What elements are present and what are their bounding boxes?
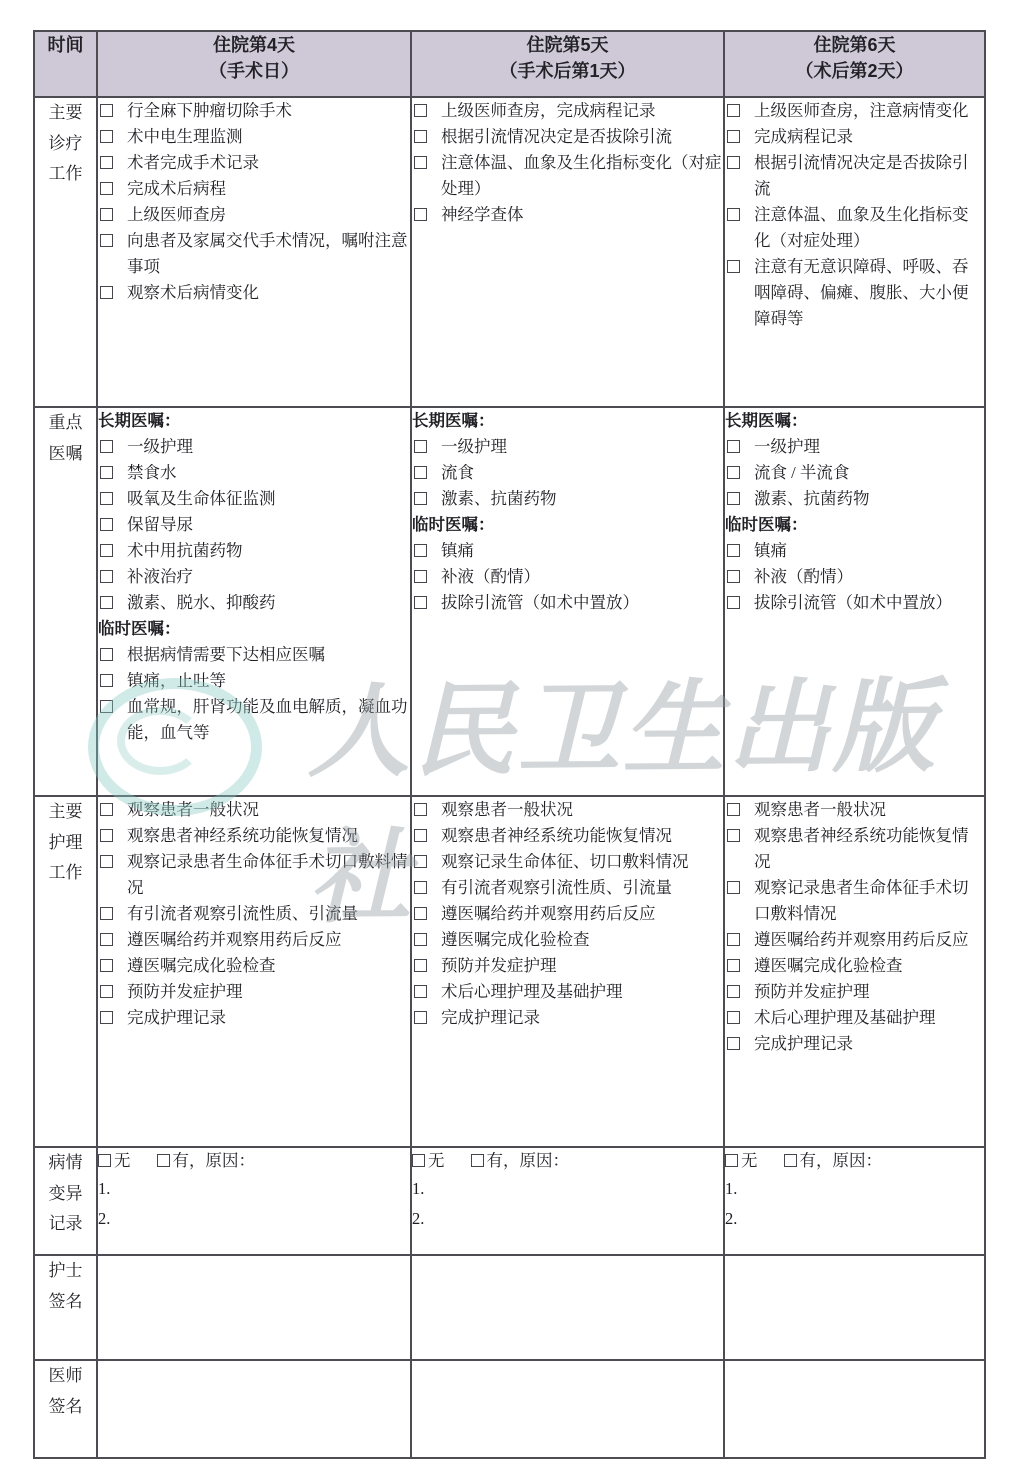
- checklist-item-label: 预防并发症护理: [441, 956, 557, 975]
- checklist-item: 血常规，肝肾功能及血电解质，凝血功能，血气等: [98, 694, 410, 746]
- checkbox-icon[interactable]: [727, 208, 740, 221]
- checkbox-icon[interactable]: [100, 1011, 113, 1024]
- checklist-item-label: 术后心理护理及基础护理: [754, 1008, 936, 1027]
- checkbox-icon[interactable]: [414, 959, 427, 972]
- checklist-item-label: 完成病程记录: [754, 127, 853, 146]
- checklist-item: 术后心理护理及基础护理: [725, 1005, 984, 1031]
- checklist-item: 镇痛: [412, 538, 723, 564]
- orders-day6-cell: 长期医嘱：一级护理流食 / 半流食激素、抗菌药物临时医嘱：镇痛补液（酌情）拔除引…: [724, 407, 985, 796]
- checklist-item: 完成护理记录: [725, 1031, 984, 1057]
- checklist-item-label: 观察患者神经系统功能恢复情况: [441, 826, 672, 845]
- checkbox-icon[interactable]: [100, 959, 113, 972]
- checklist-item: 遵医嘱完成化验检查: [725, 953, 984, 979]
- variation-row: 病情 变异 记录 无有，原因： 1. 2. 无有，原因： 1. 2. 无有，原因…: [34, 1147, 985, 1255]
- checklist-item: 激素、脱水、抑酸药: [98, 590, 410, 616]
- checklist-item-label: 术中电生理监测: [127, 127, 243, 146]
- checkbox-icon[interactable]: [414, 130, 427, 143]
- doctor-signature-day5-cell[interactable]: [411, 1360, 724, 1458]
- checklist-item: 观察患者神经系统功能恢复情况: [725, 823, 984, 875]
- checklist-item-label: 根据引流情况决定是否拔除引流: [754, 153, 969, 198]
- nurse-signature-day4-cell[interactable]: [97, 1255, 411, 1360]
- checklist-item: 完成病程记录: [725, 124, 984, 150]
- checklist-item-label: 术者完成手术记录: [127, 153, 259, 172]
- checklist-item: 观察记录生命体征、切口敷料情况: [412, 849, 723, 875]
- checklist-item-label: 行全麻下肿瘤切除手术: [127, 101, 292, 120]
- checklist-item-label: 遵医嘱给药并观察用药后反应: [127, 930, 342, 949]
- checkbox-icon[interactable]: [100, 700, 113, 713]
- checkbox-icon[interactable]: [100, 492, 113, 505]
- checklist-item: 观察记录患者生命体征手术切口敷料情况: [98, 849, 410, 901]
- orders-day6-checklist: 长期医嘱：一级护理流食 / 半流食激素、抗菌药物临时医嘱：镇痛补液（酌情）拔除引…: [725, 408, 984, 616]
- checklist-item: 拔除引流管（如术中置放）: [725, 590, 984, 616]
- diag-work-row-label: 主要 诊疗 工作: [34, 97, 97, 407]
- day4-header-cell: 住院第4天 （手术日）: [97, 31, 411, 97]
- checklist-item: 预防并发症护理: [725, 979, 984, 1005]
- checklist-item-label: 神经学查体: [441, 205, 524, 224]
- nursing-work-row-label: 主要 护理 工作: [34, 796, 97, 1147]
- checklist-item-label: 观察记录生命体征、切口敷料情况: [441, 852, 689, 871]
- checklist-item-label: 一级护理: [127, 437, 193, 456]
- checklist-item-label: 遵医嘱完成化验检查: [754, 956, 903, 975]
- checklist-item-label: 向患者及家属交代手术情况，嘱咐注意事项: [127, 231, 408, 276]
- variation-reason-line-1: 1.: [98, 1174, 410, 1204]
- checkbox-icon[interactable]: [727, 466, 740, 479]
- doctor-signature-day4-cell[interactable]: [97, 1360, 411, 1458]
- checklist-item: 向患者及家属交代手术情况，嘱咐注意事项: [98, 228, 410, 280]
- checkbox-icon[interactable]: [414, 104, 427, 117]
- orders-day5-cell: 长期医嘱：一级护理流食激素、抗菌药物临时医嘱：镇痛补液（酌情）拔除引流管（如术中…: [411, 407, 724, 796]
- checklist-item-label: 预防并发症护理: [754, 982, 870, 1001]
- checklist-item: 根据病情需要下达相应医嘱: [98, 642, 410, 668]
- variation-row-label: 病情 变异 记录: [34, 1147, 97, 1255]
- doctor-signature-day6-cell[interactable]: [724, 1360, 985, 1458]
- variation-reason-line-2: 2.: [725, 1204, 984, 1234]
- day5-header-cell: 住院第5天 （手术后第1天）: [411, 31, 724, 97]
- variation-none-label: 无: [428, 1151, 445, 1170]
- checklist-item: 遵医嘱完成化验检查: [98, 953, 410, 979]
- checkbox-icon[interactable]: [100, 596, 113, 609]
- checklist-item: 注意有无意识障碍、呼吸、吞咽障碍、偏瘫、腹胀、大小便障碍等: [725, 254, 984, 332]
- checklist-item: 补液（酌情）: [725, 564, 984, 590]
- orders-subheading: 临时医嘱：: [98, 616, 410, 642]
- checkbox-icon[interactable]: [784, 1154, 797, 1167]
- checklist-item-label: 观察患者神经系统功能恢复情况: [127, 826, 358, 845]
- checklist-item-label: 补液治疗: [127, 567, 193, 586]
- variation-has-label: 有，原因：: [487, 1151, 570, 1170]
- checkbox-icon[interactable]: [100, 855, 113, 868]
- checkbox-icon[interactable]: [727, 959, 740, 972]
- checklist-item-label: 有引流者观察引流性质、引流量: [441, 878, 672, 897]
- checklist-item-label: 禁食水: [127, 463, 177, 482]
- checklist-item-label: 注意体温、血象及生化指标变化（对症处理）: [441, 153, 722, 198]
- checklist-item-label: 观察记录患者生命体征手术切口敷料情况: [127, 852, 408, 897]
- checkbox-icon[interactable]: [414, 544, 427, 557]
- checklist-item: 遵医嘱给药并观察用药后反应: [725, 927, 984, 953]
- checkbox-icon[interactable]: [100, 803, 113, 816]
- checklist-item-label: 激素、脱水、抑酸药: [127, 593, 276, 612]
- checkbox-icon[interactable]: [100, 985, 113, 998]
- checklist-item-label: 遵医嘱完成化验检查: [441, 930, 590, 949]
- checkbox-icon[interactable]: [100, 674, 113, 687]
- checklist-item-label: 术后心理护理及基础护理: [441, 982, 623, 1001]
- checkbox-icon[interactable]: [727, 1037, 740, 1050]
- checkbox-icon[interactable]: [727, 596, 740, 609]
- nursing-work-day5-cell: 观察患者一般状况观察患者神经系统功能恢复情况观察记录生命体征、切口敷料情况有引流…: [411, 796, 724, 1147]
- checklist-item-label: 遵医嘱给药并观察用药后反应: [441, 904, 656, 923]
- checklist-item: 有引流者观察引流性质、引流量: [98, 901, 410, 927]
- variation-day6-cell: 无有，原因： 1. 2.: [724, 1147, 985, 1255]
- doctor-signature-row: 医师 签名: [34, 1360, 985, 1458]
- checklist-item-label: 补液（酌情）: [441, 567, 540, 586]
- checkbox-icon[interactable]: [100, 104, 113, 117]
- checkbox-icon[interactable]: [727, 440, 740, 453]
- checklist-item: 预防并发症护理: [412, 953, 723, 979]
- clinical-pathway-table: 时间 住院第4天 （手术日） 住院第5天 （手术后第1天） 住院第6天 （术后第…: [33, 30, 986, 1459]
- checklist-item-label: 完成术后病程: [127, 179, 226, 198]
- checklist-item-label: 观察记录患者生命体征手术切口敷料情况: [754, 878, 969, 923]
- checkbox-icon[interactable]: [727, 104, 740, 117]
- variation-reason-line-1: 1.: [725, 1174, 984, 1204]
- variation-day5-cell: 无有，原因： 1. 2.: [411, 1147, 724, 1255]
- checklist-item: 补液治疗: [98, 564, 410, 590]
- diag-work-day5-checklist: 上级医师查房，完成病程记录根据引流情况决定是否拔除引流注意体温、血象及生化指标变…: [412, 98, 723, 228]
- checkbox-icon[interactable]: [414, 208, 427, 221]
- checklist-item-label: 保留导尿: [127, 515, 193, 534]
- checklist-item: 观察患者一般状况: [98, 797, 410, 823]
- checkbox-icon[interactable]: [727, 544, 740, 557]
- doctor-signature-row-label: 医师 签名: [34, 1360, 97, 1458]
- checkbox-icon[interactable]: [727, 803, 740, 816]
- checklist-item-label: 流食: [441, 463, 474, 482]
- checkbox-icon[interactable]: [414, 492, 427, 505]
- orders-day4-cell: 长期医嘱：一级护理禁食水吸氧及生命体征监测保留导尿术中用抗菌药物补液治疗激素、脱…: [97, 407, 411, 796]
- diag-work-row: 主要 诊疗 工作 行全麻下肿瘤切除手术术中电生理监测术者完成手术记录完成术后病程…: [34, 97, 985, 407]
- checklist-item-label: 观察患者一般状况: [754, 800, 886, 819]
- orders-day5-checklist: 长期医嘱：一级护理流食激素、抗菌药物临时医嘱：镇痛补液（酌情）拔除引流管（如术中…: [412, 408, 723, 616]
- checklist-item-label: 完成护理记录: [441, 1008, 540, 1027]
- checklist-item: 遵医嘱完成化验检查: [412, 927, 723, 953]
- checklist-item: 注意体温、血象及生化指标变化（对症处理）: [412, 150, 723, 202]
- checklist-item: 观察术后病情变化: [98, 280, 410, 306]
- variation-reason-line-1: 1.: [412, 1174, 723, 1204]
- checklist-item-label: 根据引流情况决定是否拔除引流: [441, 127, 672, 146]
- checklist-item-label: 上级医师查房: [127, 205, 226, 224]
- checkbox-icon[interactable]: [414, 985, 427, 998]
- nursing-work-day5-checklist: 观察患者一般状况观察患者神经系统功能恢复情况观察记录生命体征、切口敷料情况有引流…: [412, 797, 723, 1031]
- checkbox-icon[interactable]: [414, 933, 427, 946]
- checkbox-icon[interactable]: [725, 1154, 738, 1167]
- checkbox-icon[interactable]: [414, 596, 427, 609]
- checkbox-icon[interactable]: [727, 492, 740, 505]
- checkbox-icon[interactable]: [414, 881, 427, 894]
- orders-row-label: 重点 医嘱: [34, 407, 97, 796]
- checklist-item-label: 镇痛: [441, 541, 474, 560]
- checklist-item: 根据引流情况决定是否拔除引流: [725, 150, 984, 202]
- variation-has-label: 有，原因：: [800, 1151, 883, 1170]
- checkbox-icon[interactable]: [727, 156, 740, 169]
- checklist-item-label: 有引流者观察引流性质、引流量: [127, 904, 358, 923]
- checklist-item-label: 流食 / 半流食: [754, 463, 849, 482]
- time-header-cell: 时间: [34, 31, 97, 97]
- checklist-item: 神经学查体: [412, 202, 723, 228]
- checklist-item: 预防并发症护理: [98, 979, 410, 1005]
- checkbox-icon[interactable]: [100, 440, 113, 453]
- checklist-item-label: 一级护理: [441, 437, 507, 456]
- nursing-work-row: 主要 护理 工作 观察患者一般状况观察患者神经系统功能恢复情况观察记录患者生命体…: [34, 796, 985, 1147]
- checkbox-icon[interactable]: [414, 156, 427, 169]
- nursing-work-day4-checklist: 观察患者一般状况观察患者神经系统功能恢复情况观察记录患者生命体征手术切口敷料情况…: [98, 797, 410, 1031]
- variation-reason-line-2: 2.: [412, 1204, 723, 1234]
- checklist-item: 观察患者一般状况: [412, 797, 723, 823]
- checkbox-icon[interactable]: [100, 570, 113, 583]
- checklist-item: 完成护理记录: [98, 1005, 410, 1031]
- checklist-item: 观察记录患者生命体征手术切口敷料情况: [725, 875, 984, 927]
- checklist-item-label: 上级医师查房，完成病程记录: [441, 101, 656, 120]
- checklist-item-label: 激素、抗菌药物: [754, 489, 870, 508]
- checklist-item: 拔除引流管（如术中置放）: [412, 590, 723, 616]
- diag-work-day5-cell: 上级医师查房，完成病程记录根据引流情况决定是否拔除引流注意体温、血象及生化指标变…: [411, 97, 724, 407]
- checklist-item-label: 观察患者一般状况: [127, 800, 259, 819]
- checklist-item: 观察患者一般状况: [725, 797, 984, 823]
- checkbox-icon[interactable]: [100, 518, 113, 531]
- checkbox-icon[interactable]: [414, 440, 427, 453]
- checklist-item: 一级护理: [725, 434, 984, 460]
- checkbox-icon[interactable]: [414, 829, 427, 842]
- orders-subheading: 长期医嘱：: [412, 408, 723, 434]
- checklist-item: 有引流者观察引流性质、引流量: [412, 875, 723, 901]
- checklist-item: 观察患者神经系统功能恢复情况: [412, 823, 723, 849]
- variation-options: 无有，原因：: [98, 1148, 410, 1174]
- checklist-item: 注意体温、血象及生化指标变化（对症处理）: [725, 202, 984, 254]
- orders-day4-checklist: 长期医嘱：一级护理禁食水吸氧及生命体征监测保留导尿术中用抗菌药物补液治疗激素、脱…: [98, 408, 410, 746]
- checkbox-icon[interactable]: [727, 1011, 740, 1024]
- nursing-work-day6-cell: 观察患者一般状况观察患者神经系统功能恢复情况观察记录患者生命体征手术切口敷料情况…: [724, 796, 985, 1147]
- header-row: 时间 住院第4天 （手术日） 住院第5天 （手术后第1天） 住院第6天 （术后第…: [34, 31, 985, 97]
- checklist-item: 行全麻下肿瘤切除手术: [98, 98, 410, 124]
- checklist-item: 术者完成手术记录: [98, 150, 410, 176]
- checklist-item-label: 注意有无意识障碍、呼吸、吞咽障碍、偏瘫、腹胀、大小便障碍等: [754, 257, 969, 328]
- nurse-signature-row-label: 护士 签名: [34, 1255, 97, 1360]
- checklist-item: 完成护理记录: [412, 1005, 723, 1031]
- checklist-item: 流食 / 半流食: [725, 460, 984, 486]
- checklist-item-label: 镇痛: [754, 541, 787, 560]
- nursing-work-day6-checklist: 观察患者一般状况观察患者神经系统功能恢复情况观察记录患者生命体征手术切口敷料情况…: [725, 797, 984, 1057]
- nurse-signature-day6-cell[interactable]: [724, 1255, 985, 1360]
- checklist-item: 禁食水: [98, 460, 410, 486]
- orders-subheading: 长期医嘱：: [725, 408, 984, 434]
- checklist-item: 上级医师查房，注意病情变化: [725, 98, 984, 124]
- variation-none-label: 无: [741, 1151, 758, 1170]
- checklist-item-label: 观察术后病情变化: [127, 283, 259, 302]
- checkbox-icon[interactable]: [727, 570, 740, 583]
- checkbox-icon[interactable]: [100, 648, 113, 661]
- checklist-item-label: 拔除引流管（如术中置放）: [441, 593, 639, 612]
- checklist-item-label: 激素、抗菌药物: [441, 489, 557, 508]
- variation-options: 无有，原因：: [412, 1148, 723, 1174]
- checkbox-icon[interactable]: [414, 1011, 427, 1024]
- variation-day4-cell: 无有，原因： 1. 2.: [97, 1147, 411, 1255]
- checklist-item: 吸氧及生命体征监测: [98, 486, 410, 512]
- checklist-item-label: 镇痛，止吐等: [127, 671, 226, 690]
- checklist-item: 观察患者神经系统功能恢复情况: [98, 823, 410, 849]
- checklist-item-label: 观察患者神经系统功能恢复情况: [754, 826, 969, 871]
- checkbox-icon[interactable]: [100, 286, 113, 299]
- checklist-item-label: 完成护理记录: [754, 1034, 853, 1053]
- checklist-item: 上级医师查房，完成病程记录: [412, 98, 723, 124]
- checklist-item-label: 根据病情需要下达相应医嘱: [127, 645, 325, 664]
- nursing-work-day4-cell: 观察患者一般状况观察患者神经系统功能恢复情况观察记录患者生命体征手术切口敷料情况…: [97, 796, 411, 1147]
- checklist-item: 流食: [412, 460, 723, 486]
- checklist-item-label: 术中用抗菌药物: [127, 541, 243, 560]
- checkbox-icon[interactable]: [100, 933, 113, 946]
- orders-subheading: 长期医嘱：: [98, 408, 410, 434]
- checkbox-icon[interactable]: [98, 1154, 111, 1167]
- checklist-item: 保留导尿: [98, 512, 410, 538]
- checklist-item: 术后心理护理及基础护理: [412, 979, 723, 1005]
- checklist-item: 激素、抗菌药物: [725, 486, 984, 512]
- orders-subheading: 临时医嘱：: [725, 512, 984, 538]
- checklist-item: 完成术后病程: [98, 176, 410, 202]
- checklist-item-label: 遵医嘱完成化验检查: [127, 956, 276, 975]
- checklist-item: 上级医师查房: [98, 202, 410, 228]
- checklist-item-label: 拔除引流管（如术中置放）: [754, 593, 952, 612]
- checklist-item: 镇痛: [725, 538, 984, 564]
- checklist-item-label: 吸氧及生命体征监测: [127, 489, 276, 508]
- checkbox-icon[interactable]: [100, 234, 113, 247]
- checkbox-icon[interactable]: [100, 907, 113, 920]
- checklist-item-label: 遵医嘱给药并观察用药后反应: [754, 930, 969, 949]
- nurse-signature-day5-cell[interactable]: [411, 1255, 724, 1360]
- checkbox-icon[interactable]: [727, 829, 740, 842]
- checklist-item-label: 一级护理: [754, 437, 820, 456]
- orders-subheading: 临时医嘱：: [412, 512, 723, 538]
- checklist-item-label: 血常规，肝肾功能及血电解质，凝血功能，血气等: [127, 697, 408, 742]
- checklist-item-label: 完成护理记录: [127, 1008, 226, 1027]
- checklist-item: 术中电生理监测: [98, 124, 410, 150]
- checkbox-icon[interactable]: [100, 829, 113, 842]
- variation-has-label: 有，原因：: [173, 1151, 256, 1170]
- diag-work-day6-cell: 上级医师查房，注意病情变化完成病程记录根据引流情况决定是否拔除引流注意体温、血象…: [724, 97, 985, 407]
- diag-work-day6-checklist: 上级医师查房，注意病情变化完成病程记录根据引流情况决定是否拔除引流注意体温、血象…: [725, 98, 984, 332]
- checklist-item-label: 观察患者一般状况: [441, 800, 573, 819]
- checklist-item: 激素、抗菌药物: [412, 486, 723, 512]
- checkbox-icon[interactable]: [157, 1154, 170, 1167]
- variation-options: 无有，原因：: [725, 1148, 984, 1174]
- checklist-item-label: 上级医师查房，注意病情变化: [754, 101, 969, 120]
- orders-row: 重点 医嘱 长期医嘱：一级护理禁食水吸氧及生命体征监测保留导尿术中用抗菌药物补液…: [34, 407, 985, 796]
- checklist-item-label: 预防并发症护理: [127, 982, 243, 1001]
- checklist-item: 镇痛，止吐等: [98, 668, 410, 694]
- checklist-item: 一级护理: [412, 434, 723, 460]
- checkbox-icon[interactable]: [100, 544, 113, 557]
- clinical-pathway-page: 时间 住院第4天 （手术日） 住院第5天 （手术后第1天） 住院第6天 （术后第…: [0, 0, 1016, 1478]
- checklist-item: 根据引流情况决定是否拔除引流: [412, 124, 723, 150]
- checkbox-icon[interactable]: [727, 933, 740, 946]
- checklist-item: 遵医嘱给药并观察用药后反应: [98, 927, 410, 953]
- checklist-item-label: 补液（酌情）: [754, 567, 853, 586]
- checklist-item: 遵医嘱给药并观察用药后反应: [412, 901, 723, 927]
- diag-work-day4-checklist: 行全麻下肿瘤切除手术术中电生理监测术者完成手术记录完成术后病程上级医师查房向患者…: [98, 98, 410, 306]
- checkbox-icon[interactable]: [414, 570, 427, 583]
- checklist-item: 一级护理: [98, 434, 410, 460]
- day6-header-cell: 住院第6天 （术后第2天）: [724, 31, 985, 97]
- variation-reason-line-2: 2.: [98, 1204, 410, 1234]
- checkbox-icon[interactable]: [100, 466, 113, 479]
- variation-none-label: 无: [114, 1151, 131, 1170]
- checkbox-icon[interactable]: [727, 985, 740, 998]
- checkbox-icon[interactable]: [100, 156, 113, 169]
- checkbox-icon[interactable]: [414, 855, 427, 868]
- checkbox-icon[interactable]: [727, 260, 740, 273]
- diag-work-day4-cell: 行全麻下肿瘤切除手术术中电生理监测术者完成手术记录完成术后病程上级医师查房向患者…: [97, 97, 411, 407]
- checklist-item-label: 注意体温、血象及生化指标变化（对症处理）: [754, 205, 969, 250]
- checkbox-icon[interactable]: [412, 1154, 425, 1167]
- nurse-signature-row: 护士 签名: [34, 1255, 985, 1360]
- checkbox-icon[interactable]: [414, 803, 427, 816]
- checkbox-icon[interactable]: [727, 130, 740, 143]
- checkbox-icon[interactable]: [414, 907, 427, 920]
- checkbox-icon[interactable]: [471, 1154, 484, 1167]
- checkbox-icon[interactable]: [100, 182, 113, 195]
- checkbox-icon[interactable]: [100, 208, 113, 221]
- checklist-item: 补液（酌情）: [412, 564, 723, 590]
- checkbox-icon[interactable]: [100, 130, 113, 143]
- checkbox-icon[interactable]: [727, 881, 740, 894]
- checkbox-icon[interactable]: [414, 466, 427, 479]
- checklist-item: 术中用抗菌药物: [98, 538, 410, 564]
